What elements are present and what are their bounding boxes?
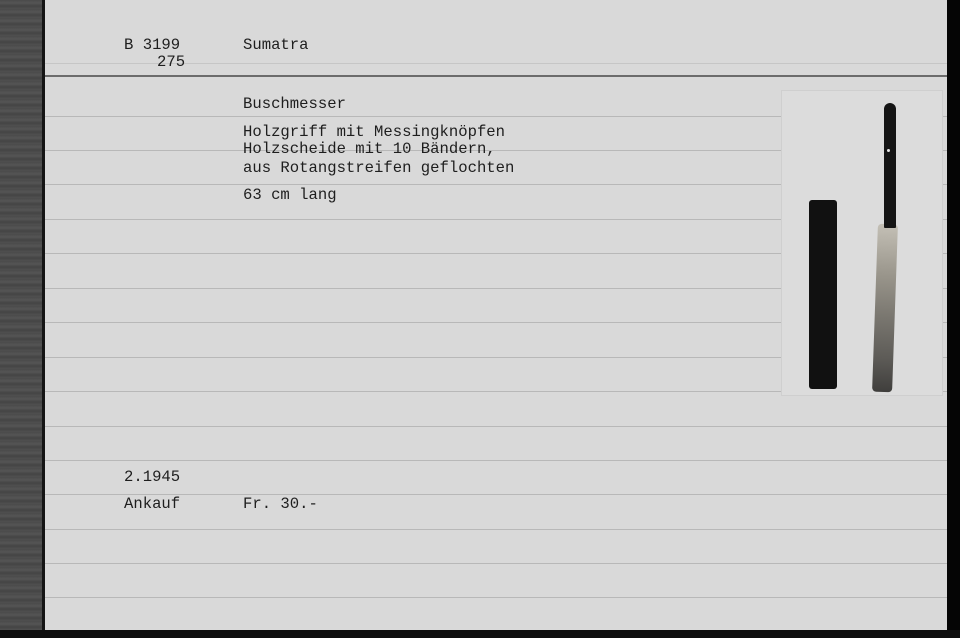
acquisition-type: Ankauf xyxy=(124,496,180,512)
object-photo xyxy=(781,90,943,396)
catalog-card: B 3199 275 Sumatra Buschmesser Holzgriff… xyxy=(45,0,947,630)
ruled-line xyxy=(45,563,947,564)
description-line: aus Rotangstreifen geflochten xyxy=(243,160,514,176)
scan-backdrop xyxy=(0,0,46,638)
ruled-line xyxy=(45,597,947,598)
ruled-line xyxy=(45,460,947,461)
price: Fr. 30.- xyxy=(243,496,318,512)
acquisition-date: 2.1945 xyxy=(124,469,180,485)
inventory-number: B 3199 xyxy=(124,37,180,53)
blade-image xyxy=(884,103,896,228)
sheath-image xyxy=(809,200,837,389)
header-divider xyxy=(45,75,947,77)
sub-number: 275 xyxy=(157,54,185,70)
ruled-line xyxy=(45,529,947,530)
ruled-line xyxy=(45,426,947,427)
scan-edge-bottom xyxy=(0,630,960,638)
scan-edge-right xyxy=(947,0,960,638)
handle-image xyxy=(872,224,898,393)
object-name: Buschmesser xyxy=(243,96,346,112)
ruled-line xyxy=(45,494,947,495)
dimensions: 63 cm lang xyxy=(243,187,337,203)
region: Sumatra xyxy=(243,37,309,53)
description-line: Holzgriff mit Messingknöpfen xyxy=(243,124,505,140)
description-line: Holzscheide mit 10 Bändern, xyxy=(243,141,496,157)
